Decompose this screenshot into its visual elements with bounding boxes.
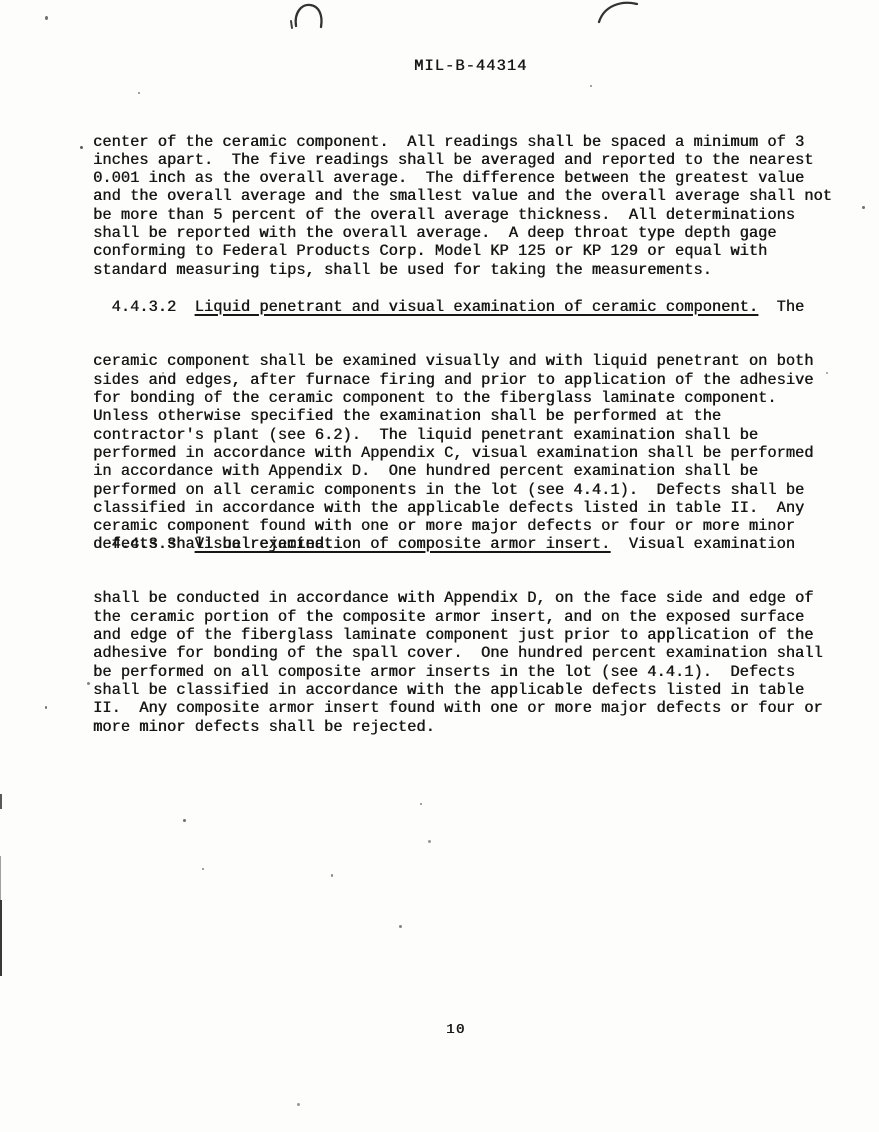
paragraph-body: center of the ceramic component. All rea… [93, 133, 845, 279]
section-heading-line: 4.4.3.3Visual examination of composite a… [93, 535, 845, 553]
section-heading-line: 4.4.3.2Liquid penetrant and visual exami… [93, 298, 845, 316]
scan-edge-mark [0, 794, 2, 809]
paragraph-body: shall be conducted in accordance with Ap… [93, 589, 845, 735]
scan-speck [45, 16, 48, 20]
scan-speck [202, 868, 204, 870]
first-line-tail: Visual examination [610, 535, 795, 553]
document-page: MIL-B-44314 center of the ceramic compon… [0, 0, 879, 1132]
scan-speck [428, 840, 431, 843]
scan-edge-mark [0, 900, 2, 976]
section-number: 4.4.3.3 [111, 535, 176, 553]
scan-speck [80, 146, 83, 149]
scan-speck [138, 92, 140, 94]
scan-speck [826, 372, 828, 374]
paragraph-visual-examination: 4.4.3.3Visual examination of composite a… [93, 498, 845, 772]
section-title-underlined: Liquid penetrant and visual examination … [195, 298, 758, 316]
scan-edge-mark [0, 856, 1, 900]
scan-speck [87, 682, 90, 685]
scan-speck [590, 85, 592, 87]
scan-speck [183, 819, 186, 822]
scan-speck [297, 1103, 300, 1106]
page-number: 10 [446, 1021, 466, 1039]
first-line-tail: The [758, 298, 804, 316]
scan-speck [862, 206, 865, 209]
scan-speck [45, 706, 47, 709]
scan-arc-marks [0, 0, 879, 60]
scan-speck [162, 372, 164, 374]
scan-speck [331, 874, 333, 877]
section-title-underlined: Visual examination of composite armor in… [195, 535, 611, 553]
scan-speck [399, 925, 402, 928]
section-number: 4.4.3.2 [111, 298, 176, 316]
spec-number-header: MIL-B-44314 [414, 57, 527, 75]
scan-speck [420, 803, 422, 805]
